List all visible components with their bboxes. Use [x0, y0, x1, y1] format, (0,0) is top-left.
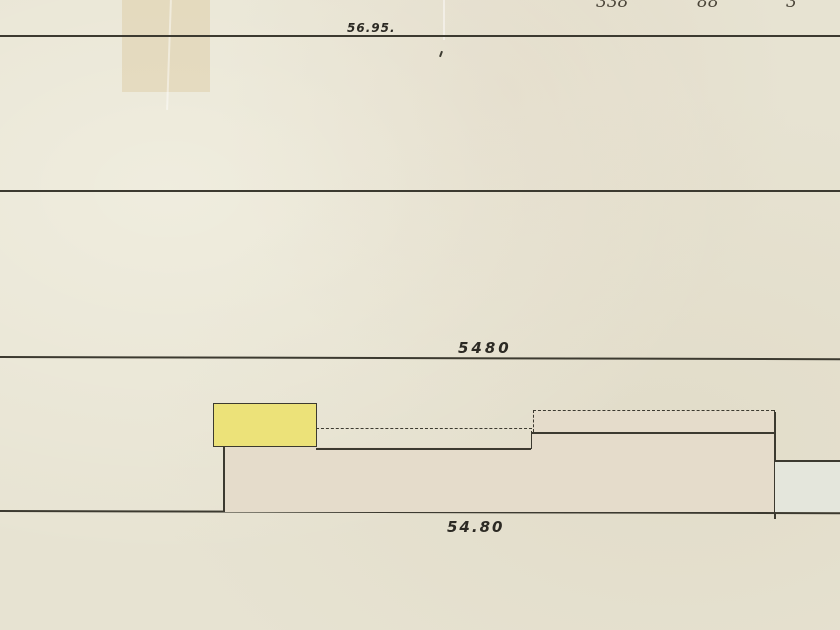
dashed-outline — [316, 428, 532, 429]
paper-fold — [443, 0, 445, 40]
elevation-label-middle: 5480 — [458, 339, 512, 357]
annotation-number: 338 — [596, 0, 628, 12]
building-wall — [223, 447, 225, 512]
dashed-outline — [774, 410, 775, 432]
building-right — [532, 410, 775, 512]
building-wall — [532, 432, 775, 434]
dashed-outline — [533, 410, 774, 411]
building-wall — [775, 460, 840, 462]
annotation-number: 3 — [786, 0, 797, 12]
elevation-label-bottom: 54.80 — [447, 518, 504, 536]
tape-strip — [122, 0, 210, 92]
building-main — [223, 447, 533, 512]
elevation-label-top: 56.95. — [347, 21, 396, 35]
map-sheet — [0, 0, 840, 630]
property-line — [0, 190, 840, 192]
highlighted-structure — [213, 403, 317, 447]
building-adjacent — [775, 460, 840, 512]
dashed-outline — [533, 410, 534, 432]
building-wall — [316, 448, 531, 450]
property-line-top — [0, 35, 840, 37]
annotation-number: 88 — [697, 0, 719, 12]
